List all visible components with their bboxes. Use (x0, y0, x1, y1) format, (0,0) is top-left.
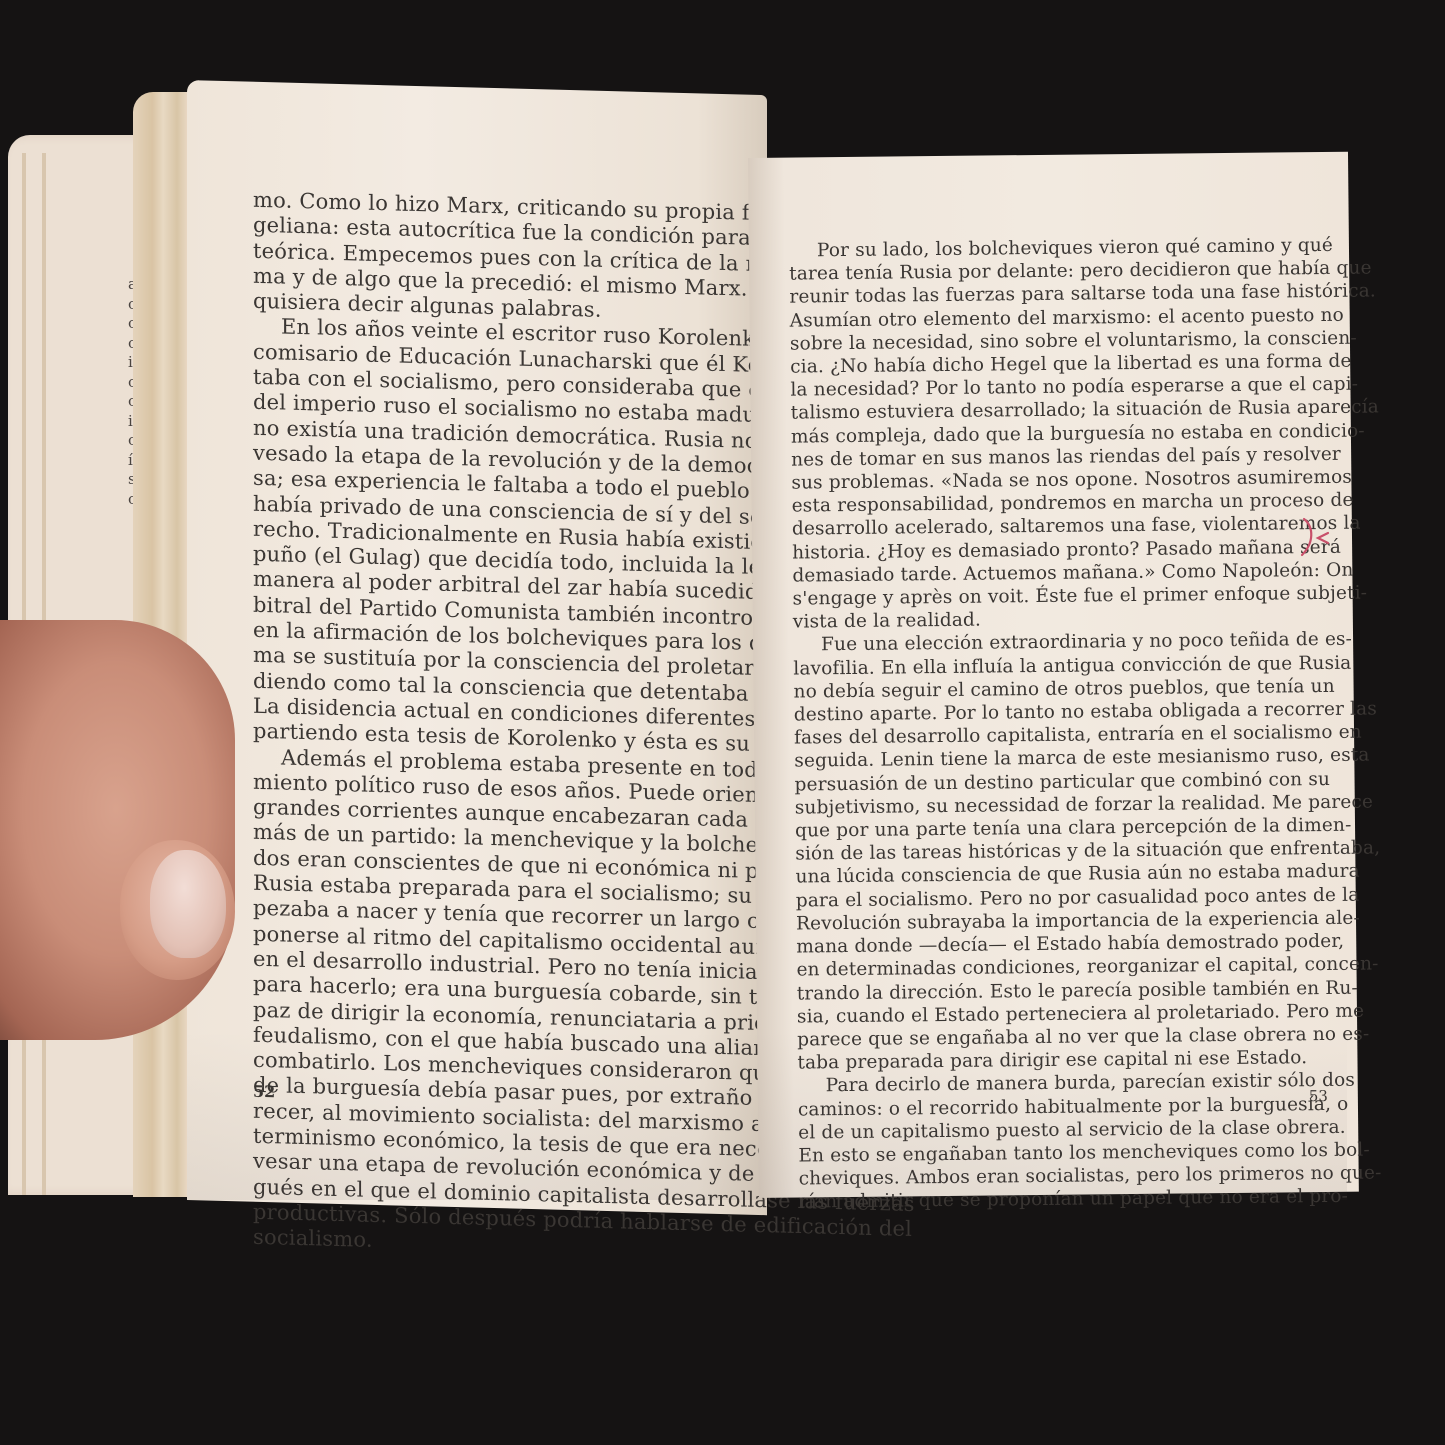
page-number-right: 53 (1309, 1087, 1328, 1105)
page-number-left: 52 (253, 1082, 275, 1102)
text-line: rían admitir que se proponían un papel q… (799, 1185, 1387, 1214)
hand-holding-book (0, 620, 235, 1040)
right-page-text: Por su lado, los bolcheviques vieron qué… (789, 233, 1387, 1214)
margin-annotation-icon (1298, 517, 1338, 557)
right-page: Por su lado, los bolcheviques vieron qué… (748, 152, 1359, 1198)
thumbnail (150, 850, 226, 958)
left-page: mo. Como lo hizo Marx, criticando su pro… (187, 80, 767, 1215)
